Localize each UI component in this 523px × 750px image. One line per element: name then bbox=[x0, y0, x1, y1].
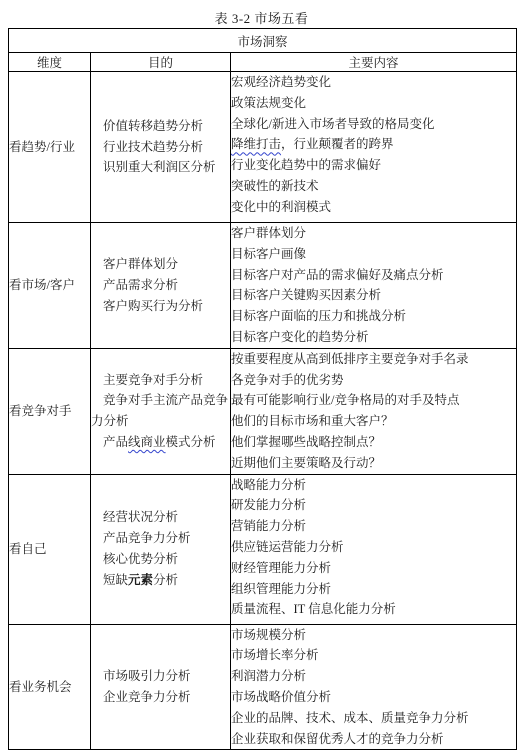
content-item: 目标客户对产品的需求偏好及痛点分析 bbox=[231, 265, 516, 286]
dimension-cell: 看趋势/行业 bbox=[9, 72, 91, 223]
column-header-0: 维度 bbox=[9, 53, 91, 72]
purpose-item: 市场吸引力分析 bbox=[91, 666, 230, 687]
document-title: 表 3-2 市场五看 bbox=[0, 0, 523, 26]
purpose-item: 行业技术趋势分析 bbox=[91, 137, 230, 158]
content-item: 全球化/新进入市场者导致的格局变化 bbox=[231, 114, 516, 135]
purpose-item: 经营状况分析 bbox=[91, 507, 230, 528]
table-caption-cell: 市场洞察 bbox=[9, 29, 517, 53]
purpose-item: 价值转移趋势分析 bbox=[91, 116, 230, 137]
column-header-row: 维度目的主要内容 bbox=[9, 53, 517, 72]
content-item: 目标客户关键购买因素分析 bbox=[231, 285, 516, 306]
spellcheck-squiggle-text: 降维打击 bbox=[231, 137, 281, 151]
content-item: 市场战略价值分析 bbox=[231, 687, 516, 708]
table-row: 看竞争对手主要竞争对手分析竞争对手主流产品竞争力分析产品线商业模式分析按重要程度… bbox=[9, 348, 517, 474]
purpose-cell: 经营状况分析产品竞争力分析核心优势分析短缺元素分析 bbox=[91, 474, 231, 624]
content-item: 组织管理能力分析 bbox=[231, 579, 516, 600]
table-row: 看市场/客户客户群体划分产品需求分析客户购买行为分析客户群体划分目标客户画像目标… bbox=[9, 223, 517, 349]
content-item: 他们的目标市场和重大客户？ bbox=[231, 411, 516, 432]
dimension-label: 看业务机会 bbox=[9, 677, 90, 698]
column-header-1: 目的 bbox=[91, 53, 231, 72]
purpose-item: 主要竞争对手分析 bbox=[91, 370, 230, 391]
content-item: 政策法规变化 bbox=[231, 93, 516, 114]
content-item: 降维打击，行业颠覆者的跨界 bbox=[231, 134, 516, 155]
table-row: 看自己经营状况分析产品竞争力分析核心优势分析短缺元素分析战略能力分析研发能力分析… bbox=[9, 474, 517, 624]
content-item: 市场增长率分析 bbox=[231, 645, 516, 666]
purpose-item: 客户购买行为分析 bbox=[91, 296, 230, 317]
content-item: 宏观经济趋势变化 bbox=[231, 72, 516, 93]
market-table-body: 市场洞察维度目的主要内容看趋势/行业价值转移趋势分析行业技术趋势分析识别重大利润… bbox=[9, 29, 517, 750]
purpose-cell: 客户群体划分产品需求分析客户购买行为分析 bbox=[91, 223, 231, 349]
purpose-item: 客户群体划分 bbox=[91, 254, 230, 275]
table-caption-row: 市场洞察 bbox=[9, 29, 517, 53]
content-item: 市场规模分析 bbox=[231, 625, 516, 646]
content-item: 目标客户画像 bbox=[231, 244, 516, 265]
purpose-item: 短缺元素分析 bbox=[91, 570, 230, 591]
purpose-cell: 价值转移趋势分析行业技术趋势分析识别重大利润区分析 bbox=[91, 72, 231, 223]
bold-text: 元素 bbox=[128, 573, 153, 587]
purpose-cell: 主要竞争对手分析竞争对手主流产品竞争力分析产品线商业模式分析 bbox=[91, 348, 231, 474]
content-item: 营销能力分析 bbox=[231, 516, 516, 537]
content-item: 研发能力分析 bbox=[231, 495, 516, 516]
content-cell: 市场规模分析市场增长率分析利润潜力分析市场战略价值分析企业的品牌、技术、成本、质… bbox=[231, 624, 517, 750]
purpose-item: 产品竞争力分析 bbox=[91, 528, 230, 549]
content-item: 企业的品牌、技术、成本、质量竞争力分析 bbox=[231, 708, 516, 729]
content-item: 突破性的新技术 bbox=[231, 176, 516, 197]
dimension-cell: 看市场/客户 bbox=[9, 223, 91, 349]
spellcheck-squiggle-text: 线商业 bbox=[128, 435, 166, 449]
purpose-item: 识别重大利润区分析 bbox=[91, 157, 230, 178]
content-item: 战略能力分析 bbox=[231, 475, 516, 496]
content-item: 他们掌握哪些战略控制点？ bbox=[231, 432, 516, 453]
content-item: 企业获取和保留优秀人才的竞争力分析 bbox=[231, 729, 516, 750]
document-page: 表 3-2 市场五看 市场洞察维度目的主要内容看趋势/行业价值转移趋势分析行业技… bbox=[0, 0, 523, 750]
content-item: 按重要程度从高到低排序主要竞争对手名录 bbox=[231, 349, 516, 370]
content-item: 各竞争对手的优劣势 bbox=[231, 370, 516, 391]
content-cell: 宏观经济趋势变化政策法规变化全球化/新进入市场者导致的格局变化降维打击，行业颠覆… bbox=[231, 72, 517, 223]
purpose-item: 竞争对手主流产品竞争力分析 bbox=[91, 390, 230, 432]
dimension-cell: 看自己 bbox=[9, 474, 91, 624]
market-insight-table: 市场洞察维度目的主要内容看趋势/行业价值转移趋势分析行业技术趋势分析识别重大利润… bbox=[8, 28, 517, 750]
purpose-item: 企业竞争力分析 bbox=[91, 687, 230, 708]
dimension-label: 看自己 bbox=[9, 539, 90, 560]
table-row: 看趋势/行业价值转移趋势分析行业技术趋势分析识别重大利润区分析宏观经济趋势变化政… bbox=[9, 72, 517, 223]
content-item: 行业变化趋势中的需求偏好 bbox=[231, 155, 516, 176]
dimension-label: 看趋势/行业 bbox=[9, 137, 90, 158]
table-row: 看业务机会市场吸引力分析企业竞争力分析市场规模分析市场增长率分析利润潜力分析市场… bbox=[9, 624, 517, 750]
content-item: 财经管理能力分析 bbox=[231, 558, 516, 579]
purpose-item: 核心优势分析 bbox=[91, 549, 230, 570]
content-item: 客户群体划分 bbox=[231, 223, 516, 244]
content-item: 利润潜力分析 bbox=[231, 666, 516, 687]
content-item: 质量流程、IT 信息化能力分析 bbox=[231, 599, 516, 620]
content-item: 目标客户变化的趋势分析 bbox=[231, 327, 516, 348]
purpose-cell: 市场吸引力分析企业竞争力分析 bbox=[91, 624, 231, 750]
content-item: 变化中的利润模式 bbox=[231, 197, 516, 218]
content-cell: 按重要程度从高到低排序主要竞争对手名录各竞争对手的优劣势最有可能影响行业/竞争格… bbox=[231, 348, 517, 474]
content-cell: 客户群体划分目标客户画像目标客户对产品的需求偏好及痛点分析目标客户关键购买因素分… bbox=[231, 223, 517, 349]
content-item: 近期他们主要策略及行动？ bbox=[231, 453, 516, 474]
content-cell: 战略能力分析研发能力分析营销能力分析供应链运营能力分析财经管理能力分析组织管理能… bbox=[231, 474, 517, 624]
purpose-item: 产品线商业模式分析 bbox=[91, 432, 230, 453]
dimension-label: 看竞争对手 bbox=[9, 401, 90, 422]
dimension-label: 看市场/客户 bbox=[9, 275, 90, 296]
purpose-item: 产品需求分析 bbox=[91, 275, 230, 296]
content-item: 供应链运营能力分析 bbox=[231, 537, 516, 558]
content-item: 目标客户面临的压力和挑战分析 bbox=[231, 306, 516, 327]
dimension-cell: 看业务机会 bbox=[9, 624, 91, 750]
dimension-cell: 看竞争对手 bbox=[9, 348, 91, 474]
column-header-2: 主要内容 bbox=[231, 53, 517, 72]
content-item: 最有可能影响行业/竞争格局的对手及特点 bbox=[231, 390, 516, 411]
